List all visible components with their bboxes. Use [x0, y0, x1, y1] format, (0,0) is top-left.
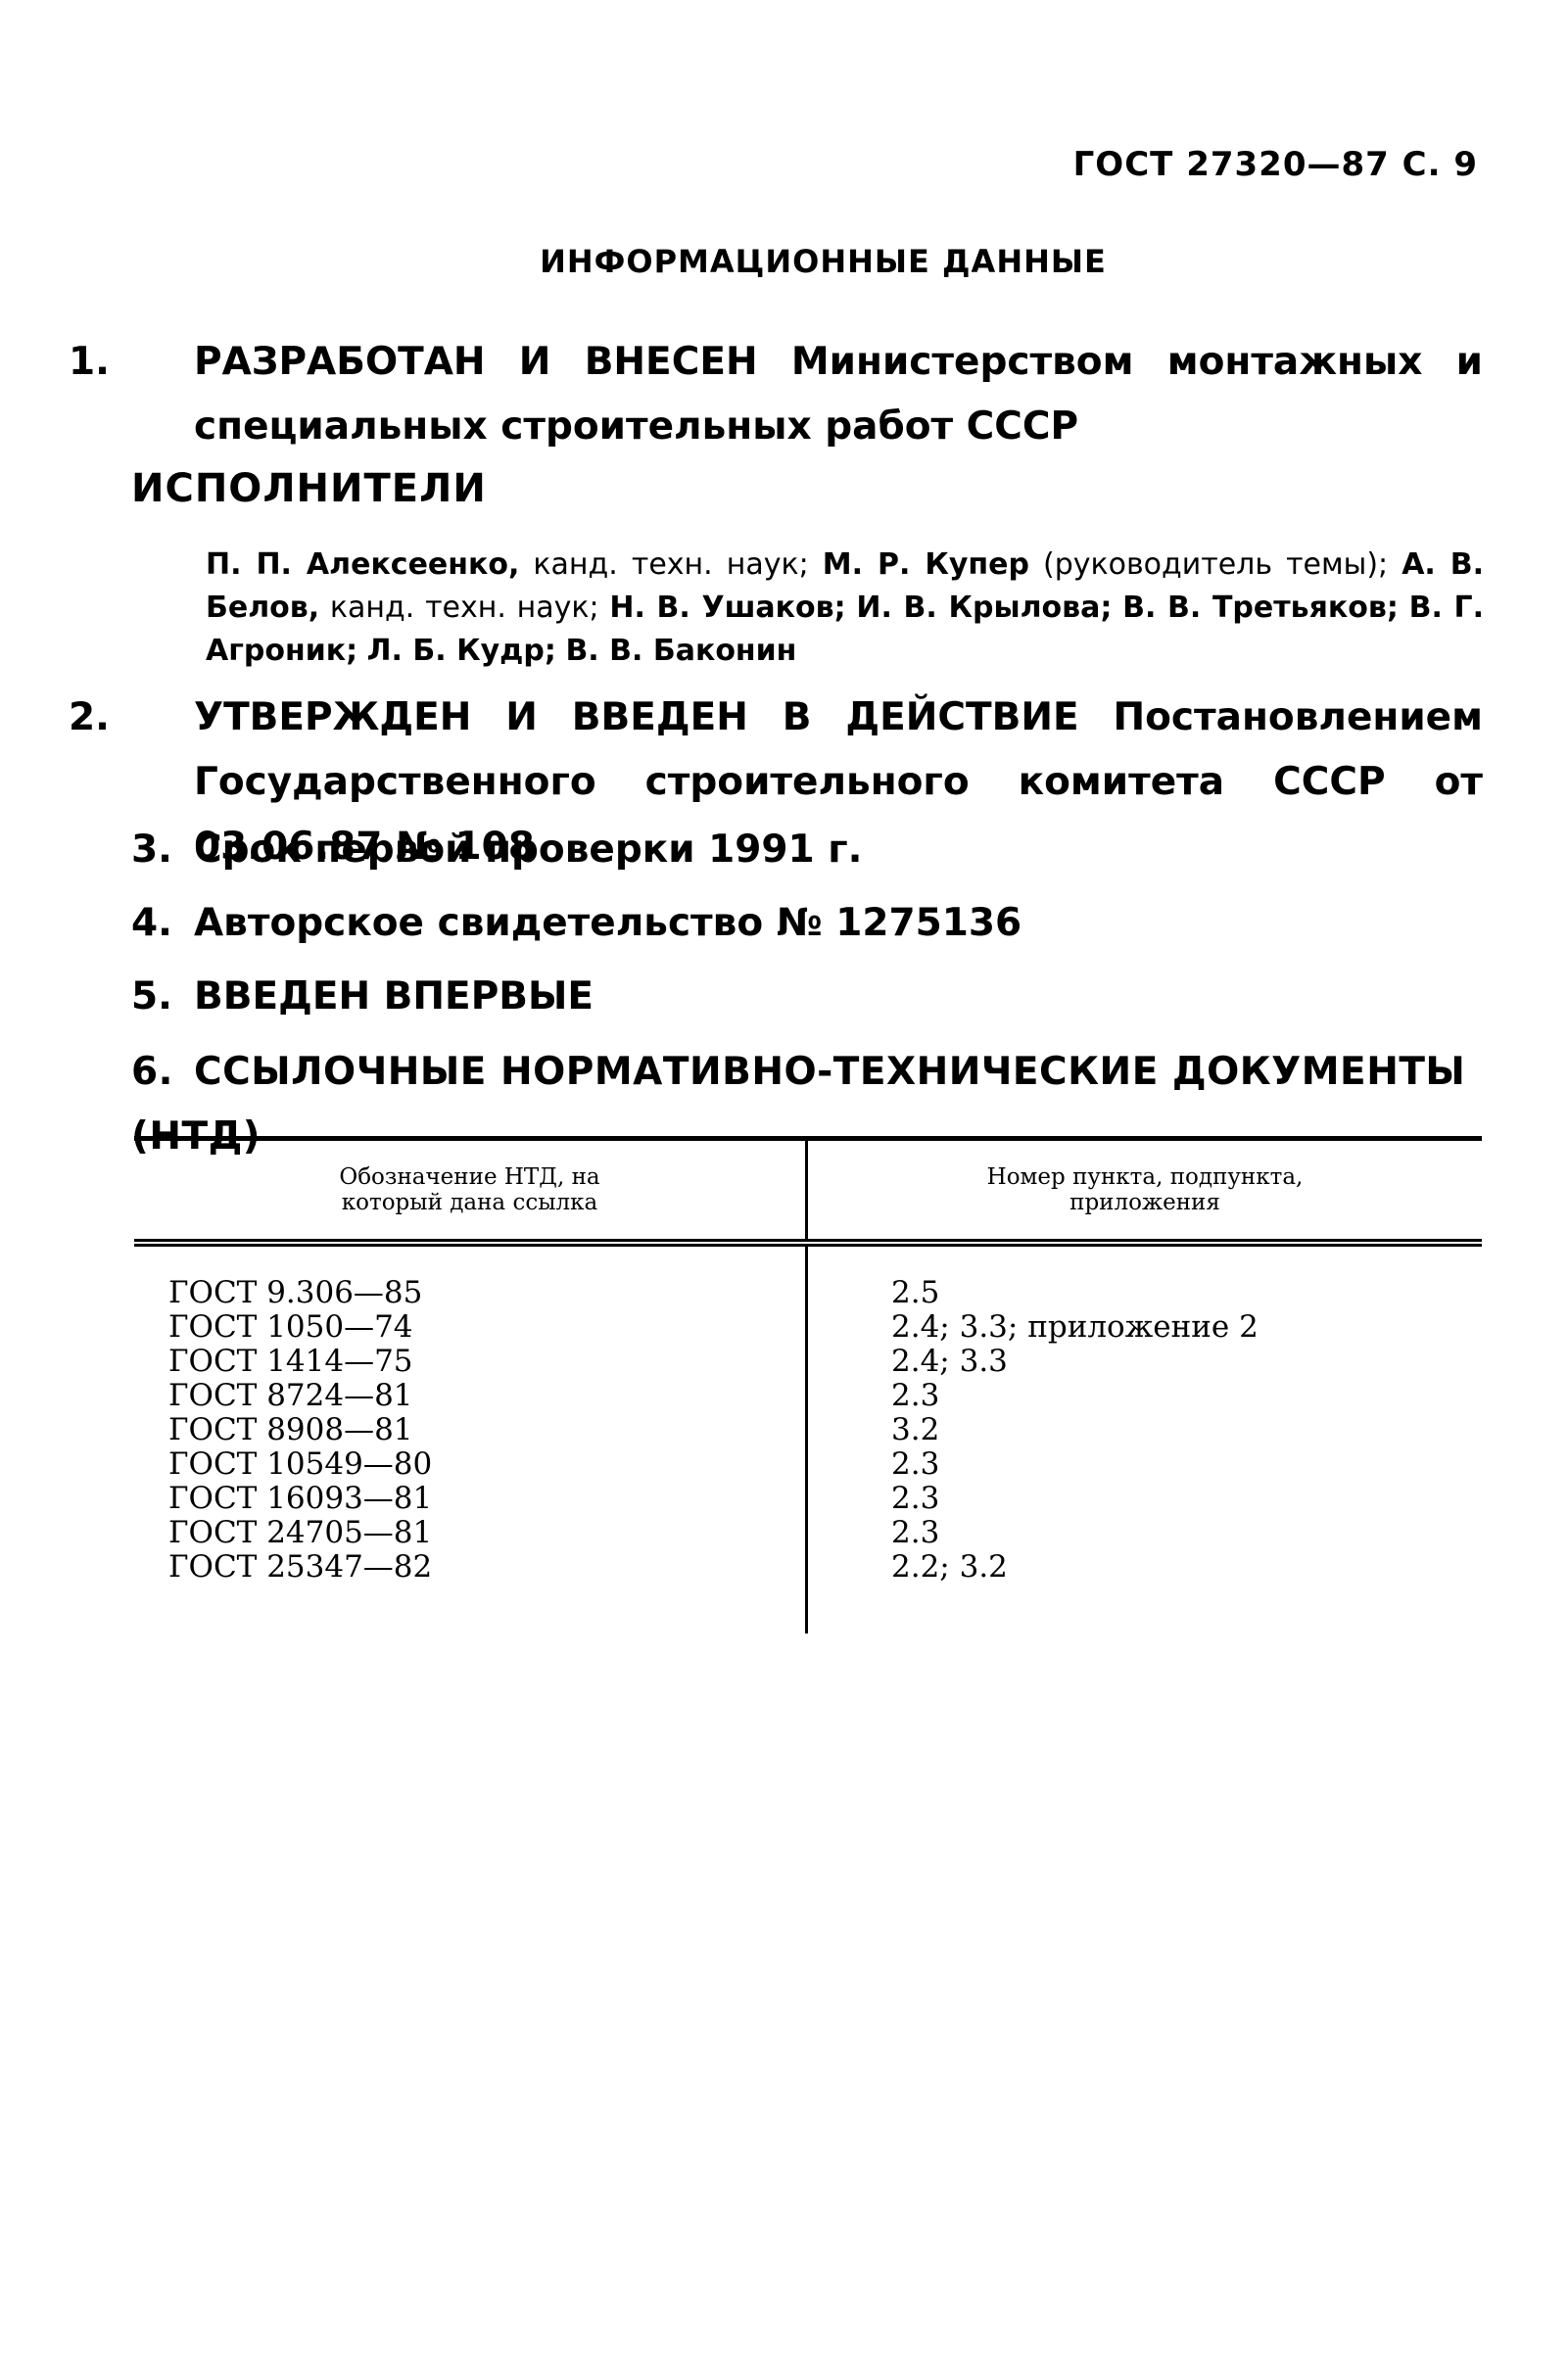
table-cell-clause: 2.3	[891, 1482, 1482, 1516]
table-cell-document: ГОСТ 8908—81	[168, 1413, 805, 1447]
table-cell-document: ГОСТ 9.306—85	[168, 1276, 805, 1310]
executor-name: П. П. Алексеенко,	[206, 547, 519, 582]
document-title: ИНФОРМАЦИОННЫЕ ДАННЫЕ	[0, 243, 1568, 280]
table-cell-clause: 2.3	[891, 1447, 1482, 1482]
executor-note: канд. техн. наук;	[319, 591, 609, 625]
table-cell-clause: 2.4; 3.3	[891, 1345, 1482, 1379]
table-cell-clause: 3.2	[891, 1413, 1482, 1447]
table-body: ГОСТ 9.306—85ГОСТ 1050—74ГОСТ 1414—75ГОС…	[134, 1247, 1482, 1633]
table-cell-clause: 2.4; 3.3; приложение 2	[891, 1310, 1482, 1345]
item-number: 1.	[131, 330, 194, 395]
executor-note: канд. техн. наук;	[519, 547, 822, 582]
executor-name: Н. В. Ушаков;	[609, 591, 845, 625]
table-cell-document: ГОСТ 16093—81	[168, 1482, 805, 1516]
table-header: Обозначение НТД, на который дана ссылка …	[134, 1141, 1482, 1239]
item-bold-label: УТВЕРЖДЕН И ВВЕДЕН В ДЕЙСТВИЕ	[194, 695, 1079, 739]
header-document: Обозначение НТД, на который дана ссылка	[134, 1141, 805, 1239]
item-review-date: 3.Срок первой проверки 1991 г.	[131, 818, 1483, 882]
executor-name: М. Р. Купер	[823, 547, 1029, 582]
executor-note	[1112, 591, 1122, 625]
item-text: Авторское свидетельство № 1275136	[194, 901, 1022, 945]
item-number: 6.	[131, 1040, 194, 1105]
table-cell-document: ГОСТ 25347—82	[168, 1550, 805, 1585]
table-cell-document: ГОСТ 10549—80	[168, 1447, 805, 1482]
executor-name: И. В. Крылова;	[856, 591, 1112, 625]
item-number: 2.	[131, 686, 194, 750]
references-table: Обозначение НТД, на который дана ссылка …	[134, 1136, 1482, 1633]
column-clauses: 2.52.4; 3.3; приложение 22.4; 3.32.33.22…	[808, 1247, 1482, 1633]
executor-name: В. В. Третьяков;	[1122, 591, 1399, 625]
table-cell-clause: 2.3	[891, 1379, 1482, 1413]
executor-name: Л. Б. Кудр;	[367, 634, 556, 668]
item-number: 3.	[131, 818, 194, 882]
item-certificate: 4.Авторское свидетельство № 1275136	[131, 891, 1483, 956]
executor-note	[357, 634, 367, 668]
table-cell-document: ГОСТ 1050—74	[168, 1310, 805, 1345]
table-cell-clause: 2.2; 3.2	[891, 1550, 1482, 1585]
page-header: ГОСТ 27320—87 С. 9	[1073, 145, 1478, 184]
executors-heading: ИСПОЛНИТЕЛИ	[131, 466, 487, 511]
executor-name: В. В. Баконин	[565, 634, 796, 668]
item-bold-label: РАЗРАБОТАН И ВНЕСЕН	[194, 340, 758, 384]
table-cell-clause: 2.3	[891, 1516, 1482, 1550]
item-developed-by: 1.РАЗРАБОТАН И ВНЕСЕН Министерством монт…	[131, 330, 1483, 459]
column-documents: ГОСТ 9.306—85ГОСТ 1050—74ГОСТ 1414—75ГОС…	[134, 1247, 805, 1633]
table-cell-document: ГОСТ 8724—81	[168, 1379, 805, 1413]
item-text: ВВЕДЕН ВПЕРВЫЕ	[194, 974, 594, 1018]
item-number: 4.	[131, 891, 194, 956]
header-clause: Номер пункта, подпункта, приложения	[808, 1141, 1482, 1239]
table-cell-clause: 2.5	[891, 1276, 1482, 1310]
executor-note	[846, 591, 857, 625]
executor-note: (руководитель темы);	[1029, 547, 1402, 582]
executor-note	[556, 634, 566, 668]
item-number: 5.	[131, 965, 194, 1029]
item-text: Срок первой проверки 1991 г.	[194, 828, 862, 872]
table-cell-document: ГОСТ 1414—75	[168, 1345, 805, 1379]
executor-note	[1399, 591, 1409, 625]
table-cell-document: ГОСТ 24705—81	[168, 1516, 805, 1550]
table-header-rule	[134, 1239, 1482, 1247]
item-introduced: 5.ВВЕДЕН ВПЕРВЫЕ	[131, 965, 1483, 1029]
executors-list: П. П. Алексеенко, канд. техн. наук; М. Р…	[206, 544, 1484, 673]
